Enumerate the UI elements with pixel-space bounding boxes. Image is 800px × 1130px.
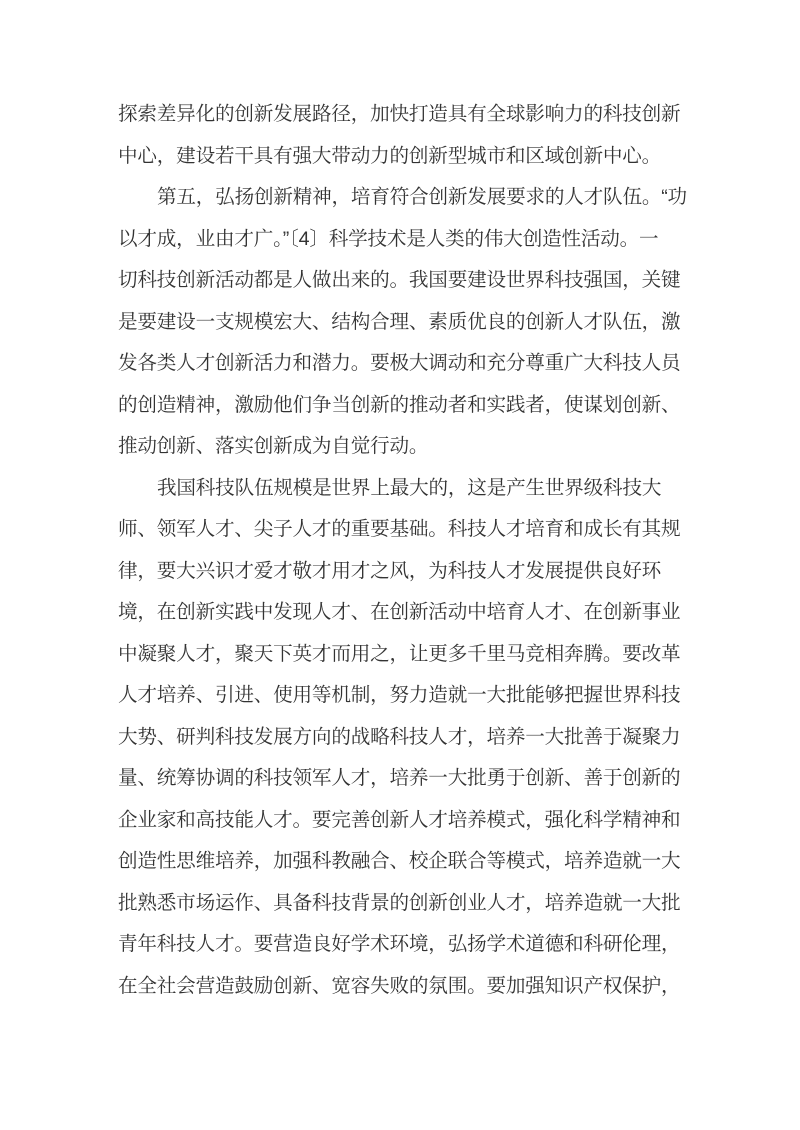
text-line: 批熟悉市场运作、具备科技背景的创新创业人才，培养造就一大批 <box>118 883 684 925</box>
text-line: 发各类人才创新活力和潜力。要极大调动和充分尊重广大科技人员 <box>118 343 684 385</box>
document-page: 探索差异化的创新发展路径，加快打造具有全球影响力的科技创新中心，建设若干具有强大… <box>0 0 800 1130</box>
text-line: 是要建设一支规模宏大、结构合理、素质优良的创新人才队伍，激 <box>118 302 684 344</box>
text-line: 在全社会营造鼓励创新、宽容失败的氛围。要加强知识产权保护， <box>118 966 684 1008</box>
text-line: 创造性思维培养，加强科教融合、校企联合等模式，培养造就一大 <box>118 841 684 883</box>
text-line: 企业家和高技能人才。要完善创新人才培养模式，强化科学精神和 <box>118 800 684 842</box>
text-line: 切科技创新活动都是人做出来的。我国要建设世界科技强国，关键 <box>118 260 684 302</box>
text-line: 青年科技人才。要营造良好学术环境，弘扬学术道德和科研伦理， <box>118 924 684 966</box>
text-line: 的创造精神，激励他们争当创新的推动者和实践者，使谋划创新、 <box>118 385 684 427</box>
text-line: 我国科技队伍规模是世界上最大的，这是产生世界级科技大 <box>118 468 684 510</box>
text-block: 探索差异化的创新发展路径，加快打造具有全球影响力的科技创新中心，建设若干具有强大… <box>118 94 684 1007</box>
text-line: 大势、研判科技发展方向的战略科技人才，培养一大批善于凝聚力 <box>118 717 684 759</box>
text-line: 推动创新、落实创新成为自觉行动。 <box>118 426 684 468</box>
text-line: 中凝聚人才，聚天下英才而用之，让更多千里马竞相奔腾。要改革 <box>118 634 684 676</box>
text-line: 中心，建设若干具有强大带动力的创新型城市和区域创新中心。 <box>118 136 684 178</box>
text-line: 以才成，业由才广。”〔4〕科学技术是人类的伟大创造性活动。一 <box>118 219 684 261</box>
text-line: 第五，弘扬创新精神，培育符合创新发展要求的人才队伍。“功 <box>118 177 684 219</box>
text-line: 探索差异化的创新发展路径，加快打造具有全球影响力的科技创新 <box>118 94 684 136</box>
text-line: 律，要大兴识才爱才敬才用才之风，为科技人才发展提供良好环 <box>118 551 684 593</box>
text-line: 境，在创新实践中发现人才、在创新活动中培育人才、在创新事业 <box>118 592 684 634</box>
text-line: 量、统筹协调的科技领军人才，培养一大批勇于创新、善于创新的 <box>118 758 684 800</box>
text-line: 师、领军人才、尖子人才的重要基础。科技人才培育和成长有其规 <box>118 509 684 551</box>
text-line: 人才培养、引进、使用等机制，努力造就一大批能够把握世界科技 <box>118 675 684 717</box>
